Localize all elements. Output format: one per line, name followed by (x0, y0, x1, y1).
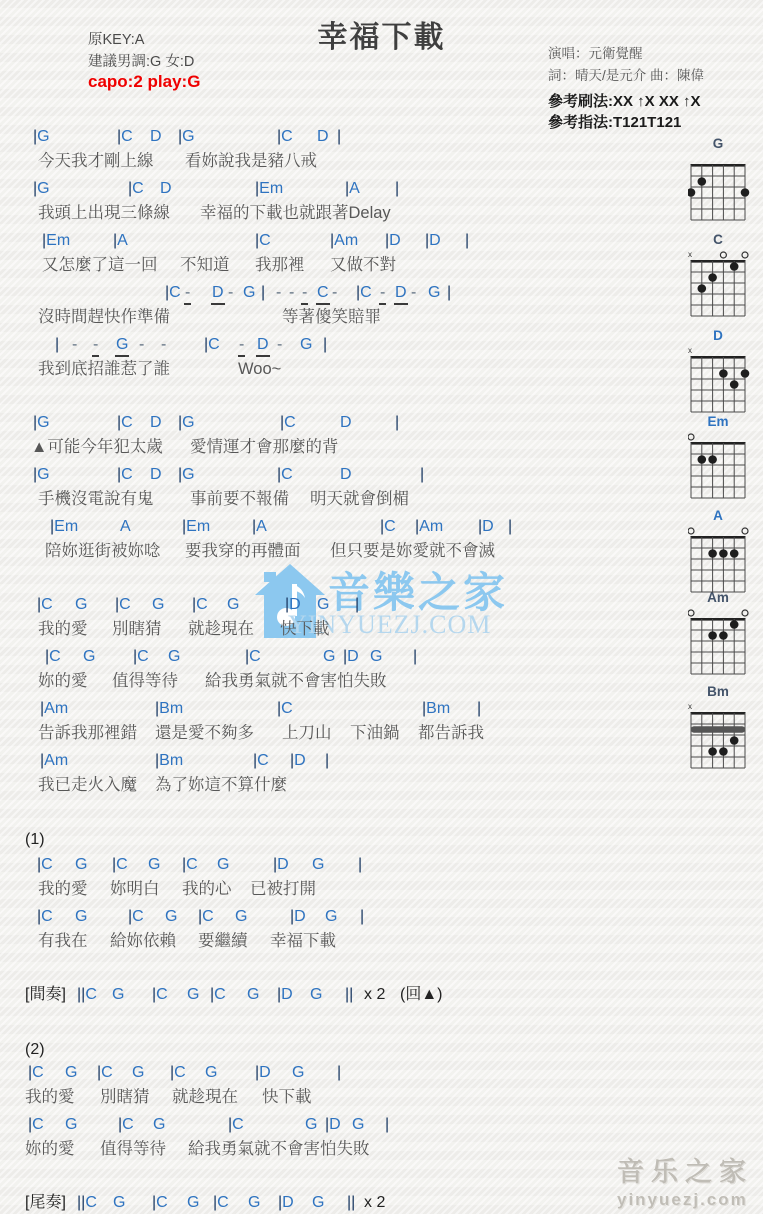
chord-token: D (340, 413, 352, 433)
lyric-token: 就趁現在 (188, 619, 254, 639)
chord-token: - (277, 335, 282, 355)
bar-line: | (420, 466, 424, 483)
chord-token: | (337, 127, 341, 147)
lyric-line: 我的愛別瞎猜就趁現在快下載 (0, 1087, 763, 1109)
bar-line: || (345, 986, 353, 1003)
chord-token: - (301, 283, 308, 305)
chord-token: ||C (77, 985, 97, 1005)
chord-sheet-page: { "header": { "title": "幸福下載", "left": {… (0, 0, 763, 1214)
chord-token: G (83, 647, 95, 667)
chord-token: G (153, 1115, 165, 1135)
bar-line: | (355, 596, 359, 613)
chord-token: |C (37, 595, 53, 615)
chord-token: - (72, 335, 77, 355)
lyric-token: 值得等待 (112, 671, 178, 691)
chord-token: |Em (255, 179, 283, 199)
chord-token: |C (133, 647, 149, 667)
bar-line: | (465, 232, 469, 249)
bar-line: | (325, 752, 329, 769)
chord-token: |C (28, 1063, 44, 1083)
label-token: (1) (25, 830, 45, 850)
chord-token: |C (45, 647, 61, 667)
chord-token: |Bm (155, 751, 183, 771)
chord-token: |C (380, 517, 396, 537)
lyric-token: 我的愛 (38, 619, 88, 639)
bar-line: | (413, 648, 417, 665)
lyric-token: 給我勇氣就不會害怕失敗 (188, 1139, 370, 1159)
chord-token: G (292, 1063, 304, 1083)
chord-token: |A (345, 179, 360, 199)
chord-token: |C (152, 985, 168, 1005)
bar-line: | (360, 908, 364, 925)
chord-token: |C (253, 751, 269, 771)
label-token: (2) (25, 1040, 45, 1060)
chord-token: G (65, 1063, 77, 1083)
lyric-token: 快下載 (262, 1087, 312, 1107)
bar-line: | (477, 700, 481, 717)
chord-token: |C (37, 855, 53, 875)
chord-token: |D (385, 231, 401, 251)
lyric-token: 就趁現在 (172, 1087, 238, 1107)
chord-line: |CG|CG|CG|DG| (0, 1115, 763, 1137)
chord-token: G (370, 647, 382, 667)
bar-line: | (261, 284, 265, 301)
chord-token: | (395, 413, 399, 433)
chord-token: D (150, 127, 162, 147)
chord-line: |CG|CG|CG|DG| (0, 855, 763, 877)
chord-token: |C (37, 907, 53, 927)
lyric-token: 我那裡 (255, 255, 305, 275)
lyric-token: 又做不對 (330, 255, 396, 275)
lyric-token: 我的愛 (25, 1087, 75, 1107)
bar-line: | (55, 336, 59, 353)
chord-token: G (248, 1193, 260, 1213)
label-token: (回▲) (400, 985, 443, 1005)
lyric-line: ▲可能今年犯太歲愛情運才會那麼的背 (0, 437, 763, 459)
chord-token: D (160, 179, 172, 199)
lyric-line: 有我在給妳依賴要繼續幸福下載 (0, 931, 763, 953)
lyric-token: 我已走火入魔 (38, 775, 137, 795)
chord-token: |Bm (155, 699, 183, 719)
bar-line: | (447, 284, 451, 301)
capo-label: capo:2 play:G (88, 72, 200, 92)
chord-line: |Am|Bm|C|D| (0, 751, 763, 773)
lyric-token: 愛情運才會那麼的背 (190, 437, 339, 457)
chord-token: - (411, 283, 416, 303)
chord-token: | (360, 907, 364, 927)
lyric-token: 快下載 (280, 619, 330, 639)
lyric-token: Woo~ (238, 359, 281, 379)
chord-token: D (394, 283, 408, 305)
lyric-token: 下油鍋 (350, 723, 400, 743)
label-token: [間奏] (25, 985, 66, 1005)
lyric-token: 都告訴我 (418, 723, 484, 743)
chord-token: |C (170, 1063, 186, 1083)
chord-token: |Bm (422, 699, 450, 719)
lyric-line: 沒時間趕快作準備等著傻笑賠罪 (0, 307, 763, 329)
bar-line: | (395, 180, 399, 197)
chord-line: |G|CD|Em|A| (0, 179, 763, 201)
chord-token: | (355, 595, 359, 615)
lyric-token: 幸福下載 (270, 931, 336, 951)
chord-token: | (477, 699, 481, 719)
chord-token: G (187, 985, 199, 1005)
chord-token: | (337, 1063, 341, 1083)
chord-token: |C (128, 179, 144, 199)
chord-token: |G (178, 127, 195, 147)
lyric-token: 妳的愛 (38, 671, 88, 691)
chord-line: |CG|CG|CG|DG| (0, 595, 763, 617)
lyric-token: ▲可能今年犯太歲 (31, 437, 163, 457)
chord-token: ||C (77, 1193, 97, 1213)
lyric-token: 別瞎猜 (112, 619, 162, 639)
lyric-line: 我的愛別瞎猜就趁現在快下載 (0, 619, 763, 641)
lyric-token: 告訴我那裡錯 (38, 723, 137, 743)
chord-token: |C (117, 413, 133, 433)
chord-token: G (227, 595, 239, 615)
lyric-line: 我頭上出現三條線幸福的下載也就跟著Delay (0, 203, 763, 225)
chord-token: |Am (40, 699, 68, 719)
chord-token: | (395, 179, 399, 199)
lyric-token: 妳明白 (110, 879, 160, 899)
chord-token: |Em (42, 231, 70, 251)
chord-token: | (413, 647, 417, 667)
chord-token: G (312, 1193, 324, 1213)
chord-token: G (300, 335, 312, 355)
chord-token: |A (113, 231, 128, 251)
chord-token: - (139, 335, 144, 355)
chord-token: |C (245, 647, 261, 667)
lyric-token: 要我穿的再體面 (185, 541, 301, 561)
lyric-token: 我頭上出現三條線 (38, 203, 170, 223)
chord-token: |D (285, 595, 301, 615)
bar-line: | (508, 518, 512, 535)
lyric-token: 已被打開 (250, 879, 316, 899)
chord-token: |C (28, 1115, 44, 1135)
chord-token: G (312, 855, 324, 875)
chord-token: - (161, 335, 166, 355)
chord-token: D (150, 465, 162, 485)
lyric-line: 我的愛妳明白我的心已被打開 (0, 879, 763, 901)
lyric-token: 上刀山 (282, 723, 332, 743)
chord-token: G (317, 595, 329, 615)
lyric-token: 我的愛 (38, 879, 88, 899)
chord-token: G (148, 855, 160, 875)
lyric-token: 等著傻笑賠罪 (282, 307, 381, 327)
bar-line: | (323, 336, 327, 353)
chord-line: |Em|A|C|Am|D|D| (0, 231, 763, 253)
chord-token: |C (117, 465, 133, 485)
lyric-token: 今天我才剛上線 (38, 151, 154, 171)
lyric-token: 手機沒電說有鬼 (38, 489, 154, 509)
chord-line: [尾奏]||CG|CG|CG|DG||x 2 (0, 1193, 763, 1214)
chord-token: G (243, 283, 255, 303)
chord-token: | (447, 283, 451, 303)
chord-token: |Am (40, 751, 68, 771)
lyric-line: 手機沒電說有鬼事前要不報備明天就會倒楣 (0, 489, 763, 511)
chord-token: G (75, 907, 87, 927)
chord-token: D (211, 283, 225, 305)
writers-label: 詞：晴天/是元介 曲：陳偉 (548, 64, 704, 84)
strum-pattern-label: 參考刷法:XX ↑X XX ↑X (548, 90, 701, 111)
chord-token: G (152, 595, 164, 615)
chord-token: C (316, 283, 330, 305)
chord-token: |G (178, 413, 195, 433)
chord-token: || (347, 1193, 355, 1213)
lyric-token: 為了妳這不算什麼 (155, 775, 287, 795)
lyric-token: 不知道 (180, 255, 230, 275)
chord-token: |Am (330, 231, 358, 251)
chord-token: |C (128, 907, 144, 927)
chord-token: D (340, 465, 352, 485)
chord-token: |C (165, 283, 181, 303)
label-token: x 2 (364, 1193, 385, 1213)
chord-token: |C (277, 699, 293, 719)
chord-line: |G|CD|G|CD| (0, 465, 763, 487)
chord-token: G (75, 595, 87, 615)
chord-token: - (184, 283, 191, 305)
chord-token: |Em (182, 517, 210, 537)
lyric-line: 今天我才剛上線看妳說我是豬八戒 (0, 151, 763, 173)
chord-token: |D (425, 231, 441, 251)
section-label: (1) (0, 830, 763, 852)
chord-token: |C (280, 413, 296, 433)
bar-line: | (337, 1064, 341, 1081)
chord-token: |C (213, 1193, 229, 1213)
chord-token: |C (198, 907, 214, 927)
lyric-line: 我已走火入魔為了妳這不算什麼 (0, 775, 763, 797)
chord-token: G (352, 1115, 364, 1135)
lyric-token: 我到底招誰惹了誰 (38, 359, 170, 379)
chord-token: |G (178, 465, 195, 485)
chord-token: - (92, 335, 99, 357)
chord-line: |C-D-G|---C-|C-D-G| (0, 283, 763, 305)
chord-token: |C (115, 595, 131, 615)
lyric-token: 有我在 (38, 931, 88, 951)
lyric-line: 告訴我那裡錯還是愛不夠多上刀山下油鍋都告訴我 (0, 723, 763, 745)
chord-line: |Am|Bm|C|Bm| (0, 699, 763, 721)
chord-line: [間奏]||CG|CG|CG|DG||x 2(回▲) (0, 985, 763, 1007)
chord-token: A (120, 517, 131, 537)
chord-token: G (247, 985, 259, 1005)
lyric-token: 明天就會倒楣 (310, 489, 409, 509)
chord-token: | (55, 335, 59, 355)
chord-line: |CG|CG|CG|DG| (0, 647, 763, 669)
chord-token: | (465, 231, 469, 251)
chord-token: |C (97, 1063, 113, 1083)
lyric-token: 陪妳逛街被妳唸 (45, 541, 161, 561)
chord-token: |C (112, 855, 128, 875)
bar-line: | (337, 128, 341, 145)
label-token: x 2 (364, 985, 385, 1005)
chord-line: |G|CD|G|CD| (0, 413, 763, 435)
chord-token: |C (228, 1115, 244, 1135)
chord-token: G (132, 1063, 144, 1083)
chord-token: |D (325, 1115, 341, 1135)
chord-token: G (75, 855, 87, 875)
lyric-line: 妳的愛值得等待給我勇氣就不會害怕失敗 (0, 1139, 763, 1161)
chord-token: G (187, 1193, 199, 1213)
chord-token: |C (152, 1193, 168, 1213)
chord-token: |G (33, 179, 50, 199)
chord-token: |C (255, 231, 271, 251)
chord-token: G (323, 647, 335, 667)
chord-token: |C (356, 283, 372, 303)
chord-token: G (235, 907, 247, 927)
chord-token: - (238, 335, 245, 357)
chord-token: |Am (415, 517, 443, 537)
chord-token: |C (277, 127, 293, 147)
chord-token: |C (204, 335, 220, 355)
chord-token: | (323, 335, 327, 355)
chord-token: |G (33, 413, 50, 433)
chord-token: |Em (50, 517, 78, 537)
bar-line: || (347, 1194, 355, 1211)
lyric-token: 沒時間趕快作準備 (38, 307, 170, 327)
chord-token: - (289, 283, 294, 303)
chord-token: |D (277, 985, 293, 1005)
chord-token: G (112, 985, 124, 1005)
chord-token: G (113, 1193, 125, 1213)
chord-line: |G|CD|G|CD| (0, 127, 763, 149)
chord-token: G (65, 1115, 77, 1135)
chord-token: | (325, 751, 329, 771)
chord-token: |D (478, 517, 494, 537)
chord-token: |D (290, 751, 306, 771)
lyric-line: 又怎麼了這一回不知道我那裡又做不對 (0, 255, 763, 277)
chord-token: |C (192, 595, 208, 615)
lyric-token: 要繼續 (198, 931, 248, 951)
chord-token: - (276, 283, 281, 303)
lyric-token: 值得等待 (100, 1139, 166, 1159)
label-token: [尾奏] (25, 1193, 66, 1213)
chord-token: |G (33, 127, 50, 147)
chord-token: G (305, 1115, 317, 1135)
lyric-token: 幸福的下載也就跟著Delay (200, 203, 391, 223)
chord-token: G (325, 907, 337, 927)
chord-token: |D (273, 855, 289, 875)
chord-line: |CG|CG|CG|DG| (0, 907, 763, 929)
chord-line: |--G--|C-D-G| (0, 335, 763, 357)
lyric-token: 看妳說我是豬八戒 (185, 151, 317, 171)
bar-line: | (358, 856, 362, 873)
lyric-token: 妳的愛 (25, 1139, 75, 1159)
chord-token: G (168, 647, 180, 667)
chord-token: |C (210, 985, 226, 1005)
chord-token: |D (255, 1063, 271, 1083)
chord-line: |EmA|Em|A|C|Am|D| (0, 517, 763, 539)
chord-token: | (261, 283, 265, 303)
lyric-token: 但只要是妳愛就不會滅 (330, 541, 495, 561)
chord-token: |D (290, 907, 306, 927)
chord-token: | (508, 517, 512, 537)
chord-token: | (385, 1115, 389, 1135)
chord-token: G (428, 283, 440, 303)
bar-line: | (395, 414, 399, 431)
chord-token: |D (278, 1193, 294, 1213)
chord-token: D (256, 335, 270, 357)
chord-token: |A (252, 517, 267, 537)
lyric-line: 陪妳逛街被妳唸要我穿的再體面但只要是妳愛就不會滅 (0, 541, 763, 563)
chord-token: - (332, 283, 337, 303)
chord-token: |C (118, 1115, 134, 1135)
lyric-token: 事前要不報備 (190, 489, 289, 509)
chord-token: G (115, 335, 129, 357)
lyric-token: 別瞎猜 (100, 1087, 150, 1107)
chord-token: |D (343, 647, 359, 667)
chord-token: D (150, 413, 162, 433)
song-title: 幸福下載 (0, 12, 763, 56)
chord-token: - (379, 283, 386, 305)
chord-token: |C (117, 127, 133, 147)
chord-token: G (310, 985, 322, 1005)
bar-line: | (385, 1116, 389, 1133)
lyric-token: 給妳依賴 (110, 931, 176, 951)
chord-token: | (358, 855, 362, 875)
chord-token: | (420, 465, 424, 485)
lyric-token: 我的心 (182, 879, 232, 899)
chord-token: |C (182, 855, 198, 875)
lyric-token: 給我勇氣就不會害怕失敗 (205, 671, 387, 691)
lyric-token: 還是愛不夠多 (155, 723, 254, 743)
chord-token: || (345, 985, 353, 1005)
chord-token: G (205, 1063, 217, 1083)
chord-line: |CG|CG|CG|DG| (0, 1063, 763, 1085)
chord-token: G (217, 855, 229, 875)
lyric-line: 妳的愛值得等待給我勇氣就不會害怕失敗 (0, 671, 763, 693)
chord-token: D (317, 127, 329, 147)
chord-token: |C (277, 465, 293, 485)
chord-token: |G (33, 465, 50, 485)
chord-token: - (228, 283, 233, 303)
section-label: (2) (0, 1040, 763, 1062)
lyric-line: 我到底招誰惹了誰Woo~ (0, 359, 763, 381)
chord-token: G (165, 907, 177, 927)
lyric-token: 又怎麼了這一回 (42, 255, 158, 275)
